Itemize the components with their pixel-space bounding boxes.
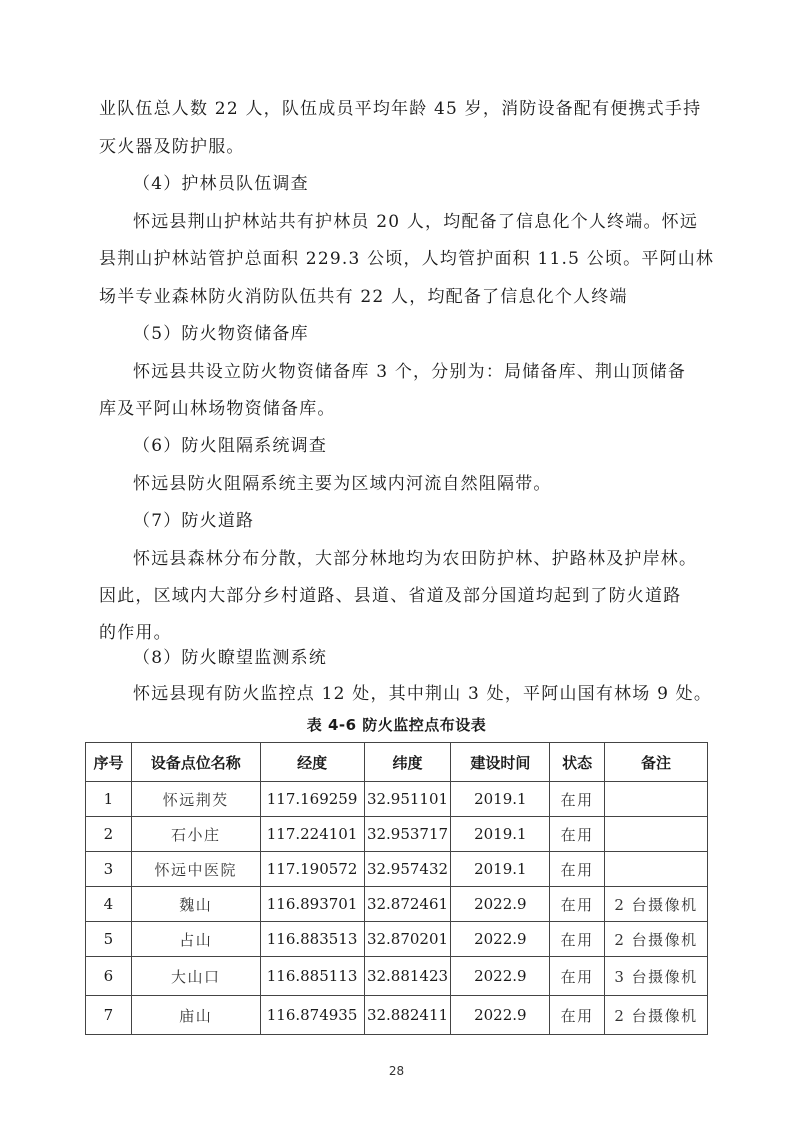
paragraph-line: 怀远县荆山护林站共有护林员 20 人，均配备了信息化个人终端。怀远 (133, 212, 735, 232)
table-row: 5 占山 116.883513 32.870201 2022.9 在用 2 台摄… (86, 922, 708, 957)
header-note: 备注 (605, 743, 708, 782)
cell-name: 庙山 (131, 996, 260, 1035)
cell-build-time: 2019.1 (451, 782, 550, 817)
header-latitude: 纬度 (364, 743, 451, 782)
cell-status: 在用 (550, 957, 605, 996)
cell-status: 在用 (550, 817, 605, 852)
cell-latitude: 32.882411 (364, 996, 451, 1035)
header-name: 设备点位名称 (131, 743, 260, 782)
cell-build-time: 2022.9 (451, 957, 550, 996)
cell-status: 在用 (550, 996, 605, 1035)
header-index: 序号 (86, 743, 132, 782)
paragraph-line: 库及平阿山林场物资储备库。 (99, 399, 701, 419)
cell-note (605, 852, 708, 887)
paragraph-line: 怀远县现有防火监控点 12 处，其中荆山 3 处，平阿山国有林场 9 处。 (133, 684, 735, 704)
monitoring-points-table: 序号 设备点位名称 经度 纬度 建设时间 状态 备注 1 怀远荆芡 117.16… (85, 742, 708, 1035)
cell-status: 在用 (550, 922, 605, 957)
cell-status: 在用 (550, 887, 605, 922)
cell-note (605, 817, 708, 852)
cell-status: 在用 (550, 782, 605, 817)
table-row: 7 庙山 116.874935 32.882411 2022.9 在用 2 台摄… (86, 996, 708, 1035)
cell-latitude: 32.881423 (364, 957, 451, 996)
cell-build-time: 2022.9 (451, 922, 550, 957)
cell-note: 2 台摄像机 (605, 887, 708, 922)
paragraph-line: 的作用。 (99, 623, 701, 643)
section-heading-8: （8）防火瞭望监测系统 (133, 648, 735, 668)
paragraph-line: 业队伍总人数 22 人，队伍成员平均年龄 45 岁，消防设备配有便携式手持 (99, 99, 701, 119)
header-longitude: 经度 (260, 743, 364, 782)
cell-status: 在用 (550, 852, 605, 887)
cell-index: 6 (86, 957, 132, 996)
cell-name: 魏山 (131, 887, 260, 922)
header-build-time: 建设时间 (451, 743, 550, 782)
paragraph-line: 怀远县共设立防火物资储备库 3 个，分别为：局储备库、荆山顶储备 (133, 362, 735, 382)
cell-index: 1 (86, 782, 132, 817)
cell-note: 2 台摄像机 (605, 922, 708, 957)
section-heading-5: （5）防火物资储备库 (133, 324, 735, 344)
cell-latitude: 32.951101 (364, 782, 451, 817)
cell-latitude: 32.953717 (364, 817, 451, 852)
cell-build-time: 2022.9 (451, 996, 550, 1035)
table-row: 1 怀远荆芡 117.169259 32.951101 2019.1 在用 (86, 782, 708, 817)
cell-name: 怀远中医院 (131, 852, 260, 887)
cell-longitude: 117.224101 (260, 817, 364, 852)
table-caption: 表 4-6 防火监控点布设表 (0, 714, 793, 735)
paragraph-line: 县荆山护林站管护总面积 229.3 公顷，人均管护面积 11.5 公顷。平阿山林 (99, 249, 701, 269)
paragraph-line: 怀远县森林分布分散，大部分林地均为农田防护林、护路林及护岸林。 (133, 549, 735, 569)
cell-longitude: 116.893701 (260, 887, 364, 922)
cell-build-time: 2022.9 (451, 887, 550, 922)
page-number: 28 (0, 1064, 793, 1078)
cell-index: 2 (86, 817, 132, 852)
cell-note: 3 台摄像机 (605, 957, 708, 996)
paragraph-line: 灭火器及防护服。 (99, 137, 701, 157)
cell-index: 5 (86, 922, 132, 957)
table-header-row: 序号 设备点位名称 经度 纬度 建设时间 状态 备注 (86, 743, 708, 782)
cell-name: 大山口 (131, 957, 260, 996)
cell-note: 2 台摄像机 (605, 996, 708, 1035)
document-page: 业队伍总人数 22 人，队伍成员平均年龄 45 岁，消防设备配有便携式手持 灭火… (0, 0, 793, 1122)
cell-longitude: 117.190572 (260, 852, 364, 887)
cell-note (605, 782, 708, 817)
cell-name: 占山 (131, 922, 260, 957)
paragraph-line: 因此，区域内大部分乡村道路、县道、省道及部分国道均起到了防火道路 (99, 586, 701, 606)
section-heading-4: （4）护林员队伍调查 (133, 174, 735, 194)
paragraph-line: 场半专业森林防火消防队伍共有 22 人，均配备了信息化个人终端 (99, 287, 701, 307)
cell-index: 7 (86, 996, 132, 1035)
table-row: 6 大山口 116.885113 32.881423 2022.9 在用 3 台… (86, 957, 708, 996)
cell-name: 石小庄 (131, 817, 260, 852)
cell-index: 4 (86, 887, 132, 922)
cell-name: 怀远荆芡 (131, 782, 260, 817)
cell-latitude: 32.957432 (364, 852, 451, 887)
cell-latitude: 32.870201 (364, 922, 451, 957)
cell-build-time: 2019.1 (451, 852, 550, 887)
section-heading-7: （7）防火道路 (133, 511, 735, 531)
cell-longitude: 116.883513 (260, 922, 364, 957)
cell-longitude: 117.169259 (260, 782, 364, 817)
header-status: 状态 (550, 743, 605, 782)
cell-index: 3 (86, 852, 132, 887)
table-row: 3 怀远中医院 117.190572 32.957432 2019.1 在用 (86, 852, 708, 887)
cell-build-time: 2019.1 (451, 817, 550, 852)
table-row: 4 魏山 116.893701 32.872461 2022.9 在用 2 台摄… (86, 887, 708, 922)
section-heading-6: （6）防火阻隔系统调查 (133, 436, 735, 456)
cell-latitude: 32.872461 (364, 887, 451, 922)
table-row: 2 石小庄 117.224101 32.953717 2019.1 在用 (86, 817, 708, 852)
cell-longitude: 116.885113 (260, 957, 364, 996)
paragraph-line: 怀远县防火阻隔系统主要为区域内河流自然阻隔带。 (133, 474, 735, 494)
cell-longitude: 116.874935 (260, 996, 364, 1035)
